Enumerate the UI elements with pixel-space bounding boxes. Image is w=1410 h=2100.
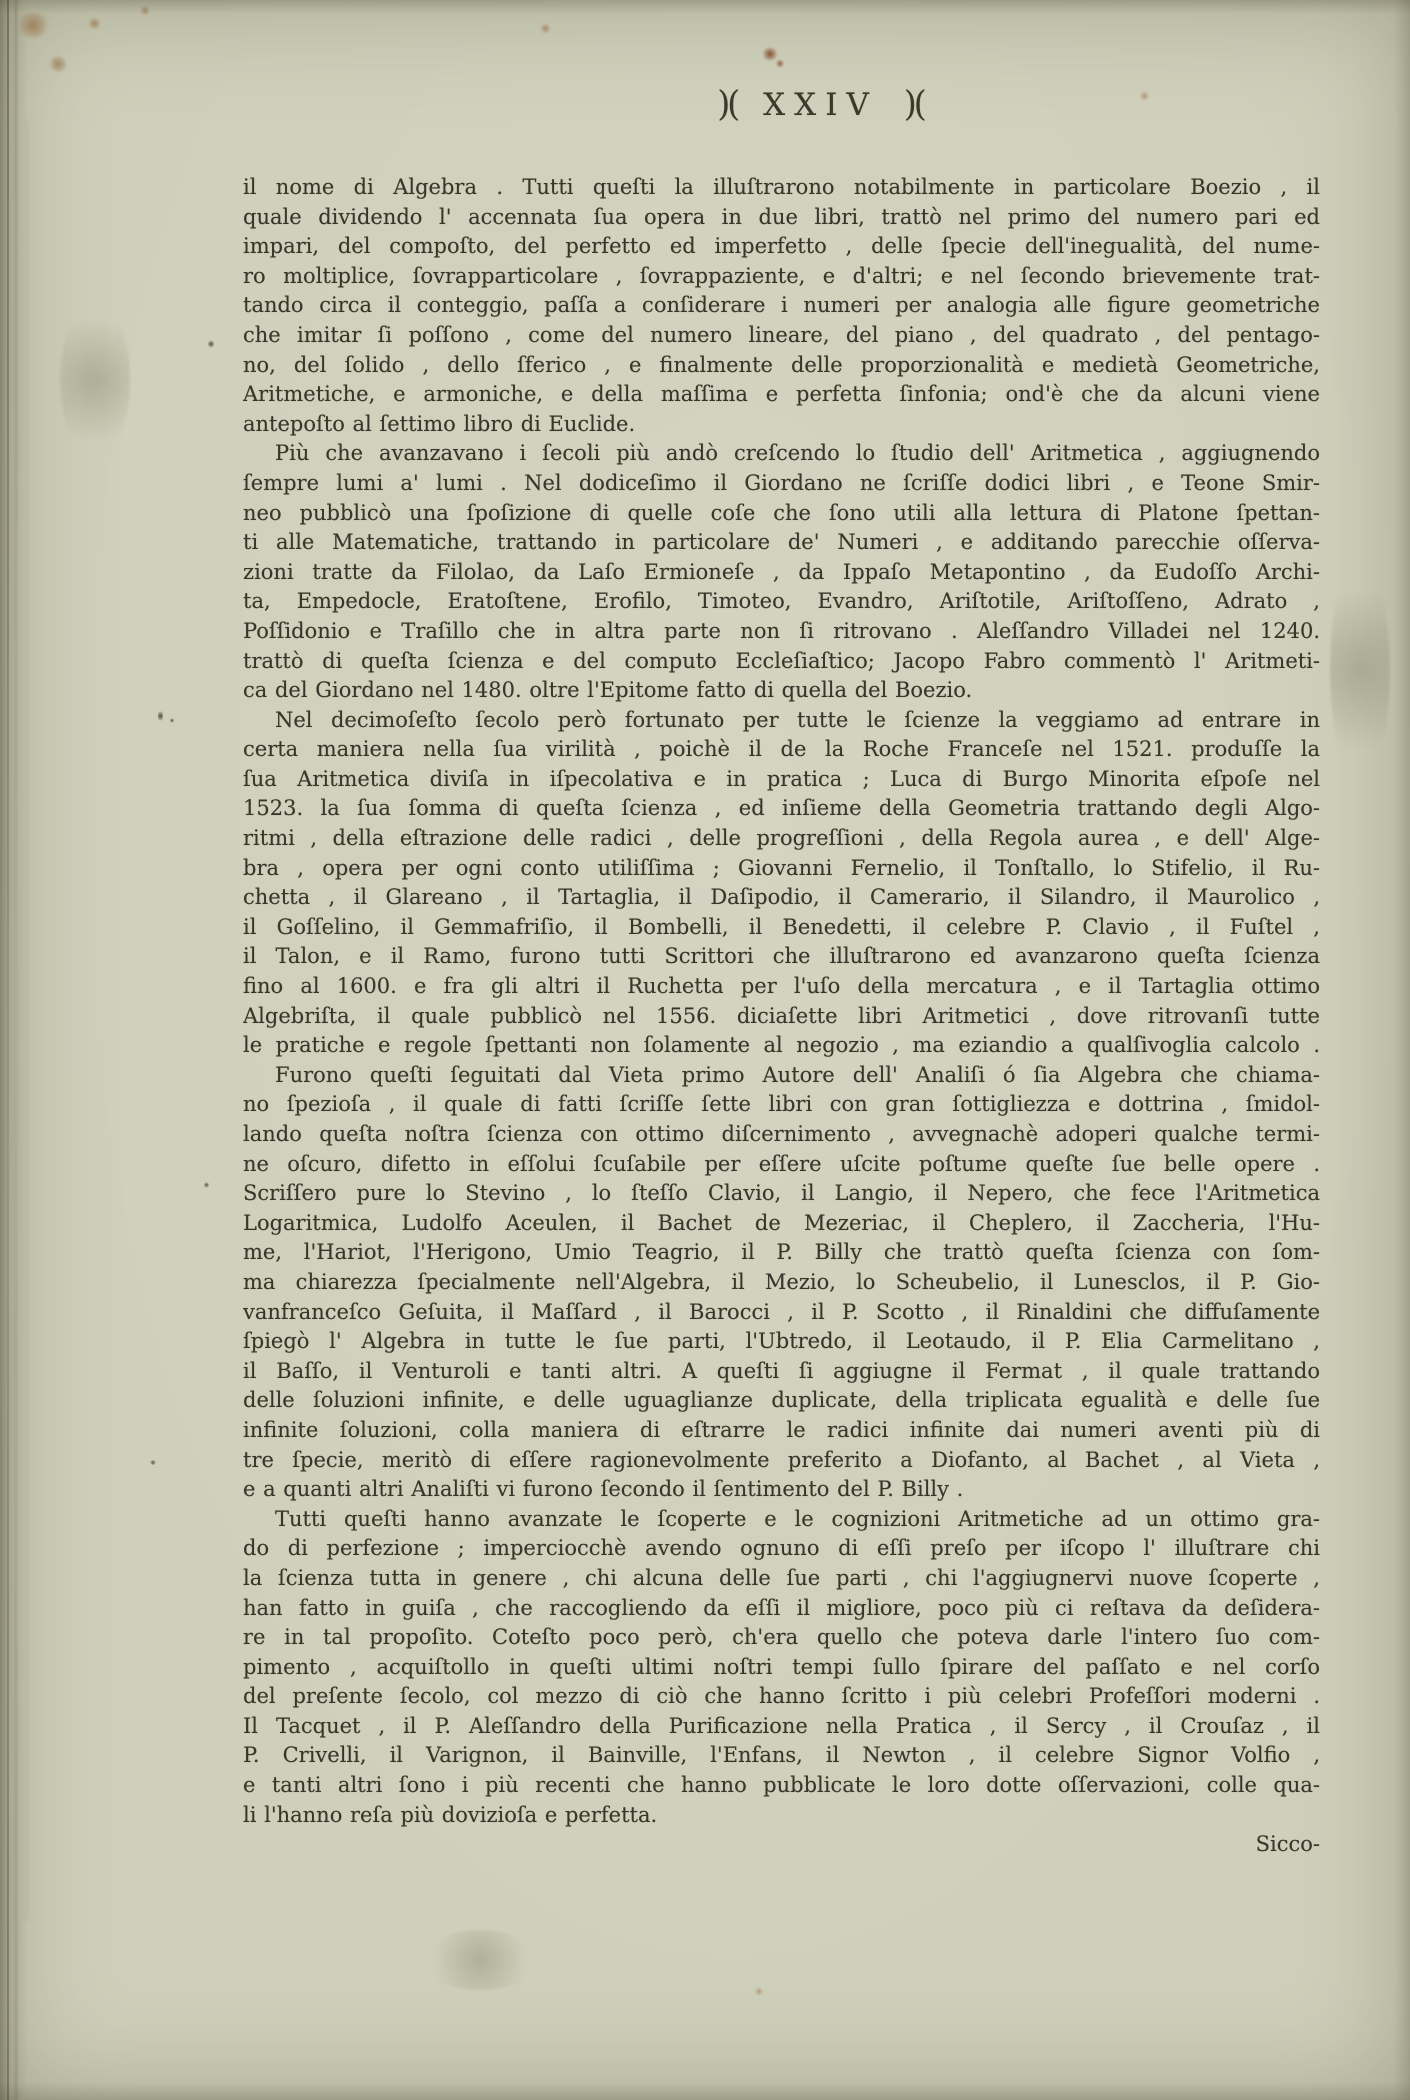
- text-line: do di perfezione ; imperciocchè avendo o…: [243, 1534, 1320, 1564]
- running-head: )(XXIV)(: [243, 84, 1320, 123]
- text-line: ta, Empedocle, Eratoſtene, Erofilo, Timo…: [243, 587, 1320, 617]
- gutter-crease: [26, 120, 28, 1920]
- paper-smudge: [420, 1930, 540, 1990]
- gutter-crease: [7, 0, 9, 2100]
- text-line: il nome di Algebra . Tutti queſti la ill…: [243, 173, 1320, 203]
- ink-speck: [204, 1182, 209, 1188]
- text-line: impari, del compoſto, del perfetto ed im…: [243, 232, 1320, 262]
- text-line: tando circa il conteggio, paſſa a conſid…: [243, 291, 1320, 321]
- text-line: ti alle Matematiche, trattando in partic…: [243, 528, 1320, 558]
- text-line: no ſpezioſa , il quale di fatti ſcriſſe …: [243, 1090, 1320, 1120]
- text-line: neo pubblicò una ſpoſizione di quelle co…: [243, 499, 1320, 529]
- header-ornament-right: )(: [904, 83, 924, 124]
- text-line: ne oſcuro, difetto in eſſolui ſcuſabile …: [243, 1150, 1320, 1180]
- text-line: e tanti altri ſono i più recenti che han…: [243, 1771, 1320, 1801]
- foxing-stain: [540, 24, 551, 33]
- text-line: re in tal propoſito. Coteſto poco però, …: [243, 1623, 1320, 1653]
- text-line: zioni tratte da Filolao, da Laſo Ermione…: [243, 558, 1320, 588]
- text-line: ſempre lumi a' lumi . Nel dodiceſimo il …: [243, 469, 1320, 499]
- text-block: il nome di Algebra . Tutti queſti la ill…: [243, 173, 1320, 1830]
- text-line: Più che avanzavano i ſecoli più andò cre…: [243, 439, 1320, 469]
- text-line: no, del ſolido , dello ſferico , e final…: [243, 351, 1320, 381]
- text-line: fino al 1600. e fra gli altri il Ruchett…: [243, 972, 1320, 1002]
- text-line: ca del Giordano nel 1480. oltre l'Epitom…: [243, 676, 1320, 706]
- text-line: vanfranceſco Geſuita, il Maſſard , il Ba…: [243, 1298, 1320, 1328]
- text-line: Tutti queſti hanno avanzate le ſcoperte …: [243, 1505, 1320, 1535]
- text-line: il Baſſo, il Venturoli e tanti altri. A …: [243, 1357, 1320, 1387]
- paragraph: Più che avanzavano i ſecoli più andò cre…: [243, 439, 1320, 705]
- foxing-stain: [762, 48, 778, 60]
- paper-smudge: [1330, 560, 1390, 780]
- foxing-stain: [776, 60, 784, 67]
- text-line: P. Crivelli, il Varignon, il Bainville, …: [243, 1741, 1320, 1771]
- text-line: delle ſoluzioni infinite, e delle uguagl…: [243, 1386, 1320, 1416]
- text-line: lando queſta noſtra ſcienza con ottimo d…: [243, 1120, 1320, 1150]
- text-line: chetta , il Glareano , il Tartaglia, il …: [243, 883, 1320, 913]
- catchword: Sicco-: [243, 1832, 1320, 1856]
- text-line: che imitar ſi poſſono , come del numero …: [243, 321, 1320, 351]
- text-line: 1523. la ſua ſomma di queſta ſcienza , e…: [243, 794, 1320, 824]
- text-line: han fatto in guiſa , che raccogliendo da…: [243, 1594, 1320, 1624]
- page-number: XXIV: [763, 87, 878, 123]
- text-line: e a quanti altri Analiſti vi furono ſeco…: [243, 1475, 1320, 1505]
- ink-speck: [150, 1460, 156, 1465]
- text-line: del preſente ſecolo, col mezzo di ciò ch…: [243, 1682, 1320, 1712]
- foxing-stain: [755, 1988, 763, 1995]
- text-line: bra , opera per ogni conto utiliſſima ; …: [243, 854, 1320, 884]
- book-page-scan: )(XXIV)( il nome di Algebra . Tutti queſ…: [0, 0, 1410, 2100]
- paragraph: Nel decimoſeſto ſecolo però fortunato pe…: [243, 706, 1320, 1061]
- text-line: ſua Aritmetica diviſa in iſpecolativa e …: [243, 765, 1320, 795]
- paragraph: il nome di Algebra . Tutti queſti la ill…: [243, 173, 1320, 439]
- text-line: Scriſſero pure lo Stevino , lo ſteſſo Cl…: [243, 1179, 1320, 1209]
- foxing-stain: [140, 6, 150, 15]
- text-line: il Talon, e il Ramo, furono tutti Scritt…: [243, 942, 1320, 972]
- text-line: il Goſſelino, il Gemmafriſio, il Bombell…: [243, 913, 1320, 943]
- paragraph: Tutti queſti hanno avanzate le ſcoperte …: [243, 1505, 1320, 1831]
- text-line: le pratiche e regole ſpettanti non ſolam…: [243, 1031, 1320, 1061]
- ink-speck: [208, 340, 214, 348]
- text-line: li l'hanno reſa più dovizioſa e perfetta…: [243, 1801, 1320, 1831]
- header-ornament-left: )(: [717, 83, 737, 124]
- text-line: Il Tacquet , il P. Aleſſandro della Puri…: [243, 1712, 1320, 1742]
- ink-speck: [158, 710, 163, 722]
- text-line: antepoſto al ſettimo libro di Euclide.: [243, 410, 1320, 440]
- text-line: ma chiarezza ſpecialmente nell'Algebra, …: [243, 1268, 1320, 1298]
- text-line: ritmi , della eſtrazione delle radici , …: [243, 824, 1320, 854]
- text-line: me, l'Hariot, l'Herigono, Umio Teagrio, …: [243, 1238, 1320, 1268]
- text-line: pimento , acquiſtollo in queſti ultimi n…: [243, 1653, 1320, 1683]
- text-line: certa maniera nella ſua virilità , poich…: [243, 735, 1320, 765]
- text-line: Algebriſta, il quale pubblicò nel 1556. …: [243, 1002, 1320, 1032]
- text-line: ro moltiplice, ſovrapparticolare , ſovra…: [243, 262, 1320, 292]
- text-line: Furono queſti ſeguitati dal Vieta primo …: [243, 1061, 1320, 1091]
- gutter-crease: [15, 0, 17, 2100]
- paper-smudge: [60, 300, 130, 460]
- text-line: Nel decimoſeſto ſecolo però fortunato pe…: [243, 706, 1320, 736]
- text-line: Aritmetiche, e armoniche, e della maſſim…: [243, 380, 1320, 410]
- text-line: Logaritmica, Ludolfo Aceulen, il Bachet …: [243, 1209, 1320, 1239]
- foxing-stain: [48, 56, 68, 72]
- foxing-stain: [88, 18, 101, 29]
- text-line: tre ſpecie, meritò di eſſere ragionevolm…: [243, 1446, 1320, 1476]
- foxing-stain: [16, 12, 50, 38]
- text-line: la ſcienza tutta in genere , chi alcuna …: [243, 1564, 1320, 1594]
- ink-speck: [170, 718, 174, 723]
- text-line: trattò di queſta ſcienza e del computo E…: [243, 647, 1320, 677]
- paragraph: Furono queſti ſeguitati dal Vieta primo …: [243, 1061, 1320, 1505]
- text-line: ſpiegò l' Algebra in tutte le ſue parti,…: [243, 1327, 1320, 1357]
- text-line: infinite ſoluzioni, colla maniera di eſt…: [243, 1416, 1320, 1446]
- text-line: quale dividendo l' accennata ſua opera i…: [243, 203, 1320, 233]
- text-line: Poſſidonio e Traſillo che in altra parte…: [243, 617, 1320, 647]
